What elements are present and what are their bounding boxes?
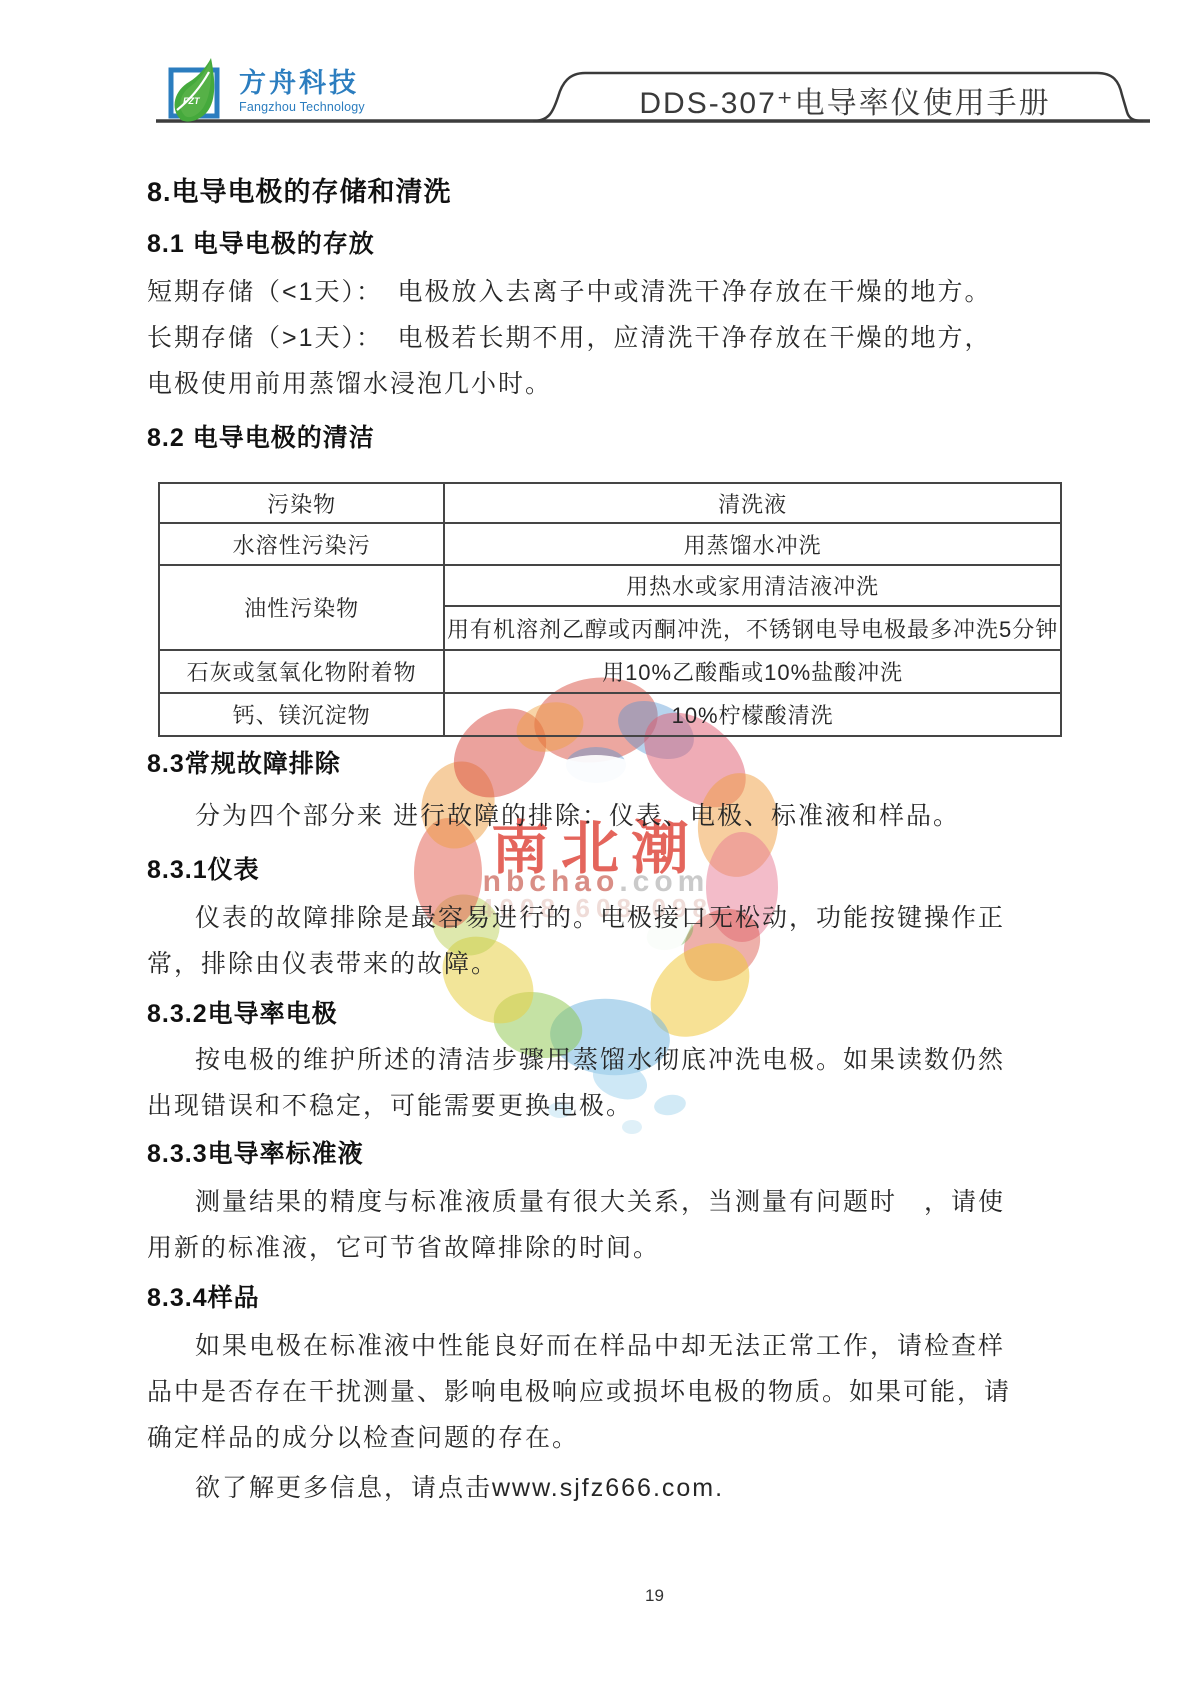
paragraph-line: 电极使用前用蒸馏水浸泡几小时。 [147,364,552,400]
section-8-title: 8.电导电极的存储和清洗 [147,170,452,209]
table-cell-pollutant: 石灰或氢氧化物附着物 [159,650,444,693]
logo-company-name: 方舟科技 [239,68,365,98]
paragraph-line: 长期存储（>1天）： 电极若长期不用，应清洗干净存放在干燥的地方， [147,318,992,354]
header-logo: FZT 方舟科技 Fangzhou Technology [165,56,365,126]
page-number: 19 [645,1586,664,1606]
table-cell-cleaner: 用蒸馏水冲洗 [444,523,1061,565]
paragraph-line: 常，排除由仪表带来的故障。 [147,944,498,980]
paragraph-line: 短期存储（<1天）： 电极放入去离子中或清洗干净存放在干燥的地方。 [147,272,992,308]
table-cell-cleaner: 用有机溶剂乙醇或丙酮冲洗，不锈钢电导电极最多冲洗5分钟 [444,606,1061,650]
leaf-square-logo-icon: FZT [165,56,231,126]
paragraph-line: 按电极的维护所述的清洁步骤用蒸馏水彻底冲洗电极。如果读数仍然 [195,1040,1005,1076]
more-info-line: 欲了解更多信息，请点击www.sjfz666.com. [195,1468,724,1504]
paragraph-line: 仪表的故障排除是最容易进行的。电极接口无松动，功能按键操作正 [195,898,1005,934]
section-8-1-title: 8.1 电导电极的存放 [147,224,375,260]
paragraph-line: 品中是否存在干扰测量、影响电极响应或损坏电极的物质。如果可能，请 [147,1372,1011,1408]
logo-icon-text: FZT [183,96,201,106]
logo-company-subtitle: Fangzhou Technology [239,100,365,114]
section-8-3-4-title: 8.3.4样品 [147,1278,260,1314]
table-cell-pollutant: 水溶性污染污 [159,523,444,565]
page-root: 南北潮 nbchao.com 4008-608-098 FZT 方舟科技 Fan… [0,0,1200,1696]
paragraph-line: 分为四个部分来 进行故障的排除：仪表、电极、标准液和样品。 [195,796,960,832]
table-header-pollutant: 污染物 [159,483,444,523]
paragraph-line: 如果电极在标准液中性能良好而在样品中却无法正常工作，请检查样 [195,1326,1005,1362]
table-cell-cleaner: 用10%乙酸酯或10%盐酸冲洗 [444,650,1061,693]
table-cell-pollutant: 油性污染物 [159,565,444,650]
table-cell-cleaner: 10%柠檬酸清洗 [444,693,1061,736]
manual-title: DDS-307⁺电导率仪使用手册 [560,78,1130,122]
section-8-2-title: 8.2 电导电极的清洁 [147,418,375,454]
cleaning-table: 污染物 清洗液 水溶性污染污 用蒸馏水冲洗 油性污染物 用热水或家用清洁液冲洗 … [158,482,1062,737]
paragraph-line: 确定样品的成分以检查问题的存在。 [147,1418,579,1454]
paragraph-line: 用新的标准液，它可节省故障排除的时间。 [147,1228,660,1264]
paragraph-line: 出现错误和不稳定，可能需要更换电极。 [147,1086,633,1122]
section-8-3-1-title: 8.3.1仪表 [147,850,260,886]
table-cell-cleaner: 用热水或家用清洁液冲洗 [444,565,1061,606]
table-header-cleaner: 清洗液 [444,483,1061,523]
section-8-3-title: 8.3常规故障排除 [147,744,341,780]
section-8-3-2-title: 8.3.2电导率电极 [147,994,338,1030]
paragraph-line: 测量结果的精度与标准液质量有很大关系，当测量有问题时 ，请使 [195,1182,1005,1218]
table-cell-pollutant: 钙、镁沉淀物 [159,693,444,736]
section-8-3-3-title: 8.3.3电导率标准液 [147,1134,364,1170]
